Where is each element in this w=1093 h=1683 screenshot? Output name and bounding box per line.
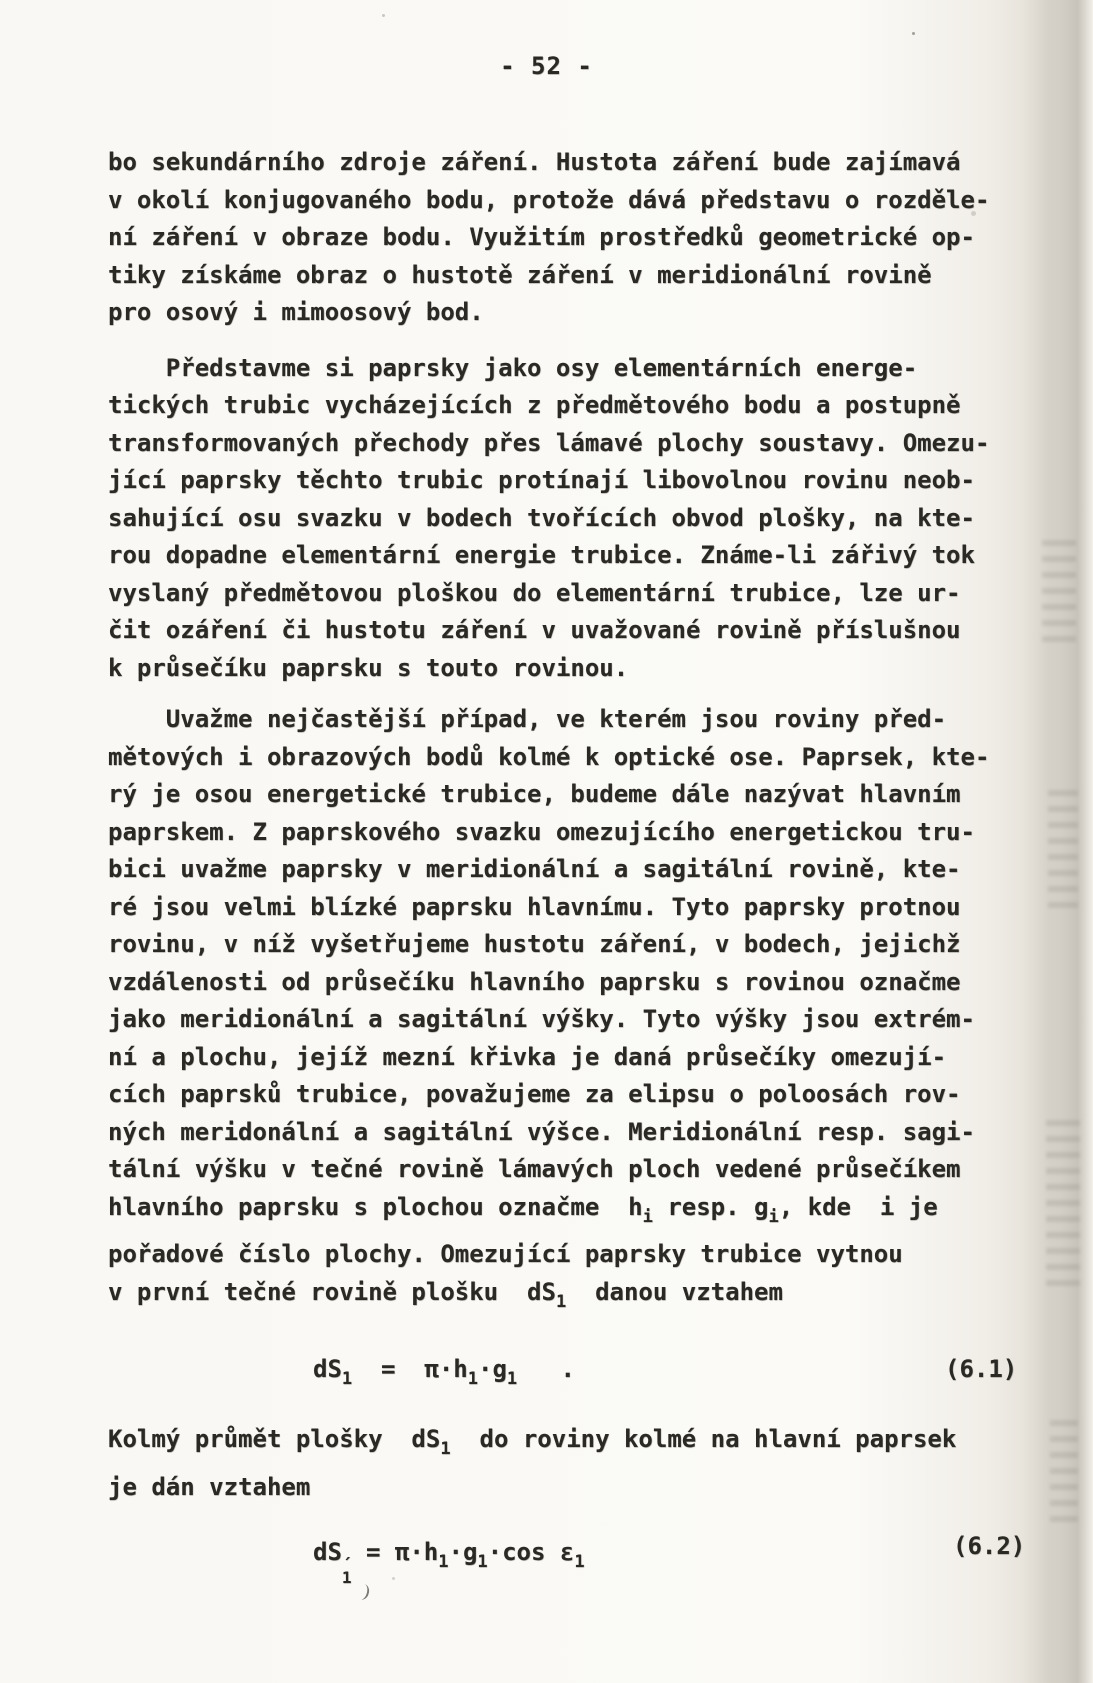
text-line: ných meridonální a sagitální výšce. Meri…: [108, 1114, 980, 1152]
text-line: cích paprsků trubice, považujeme za elip…: [108, 1076, 980, 1114]
text-line: Představme si paprsky jako osy elementár…: [108, 350, 980, 388]
equation-6-1: dS1 = π·h1·g1 . (6.1): [108, 1351, 980, 1389]
text-line: ní a plochu, jejíž mezní křivka je daná …: [108, 1039, 980, 1077]
text-line: v okolí konjugovaného bodu, protože dává…: [108, 182, 980, 220]
bleed-through-artifact: [1046, 1120, 1080, 1290]
paragraph-2: Představme si paprsky jako osy elementár…: [108, 350, 980, 688]
scanned-page: - 52 - bo sekundárního zdroje záření. Hu…: [0, 0, 1093, 1683]
text-line: rý je osou energetické trubice, budeme d…: [108, 776, 980, 814]
page-edge-shadow: [1023, 0, 1093, 1683]
text-line: Kolmý průmět plošky dS1 do roviny kolmé …: [108, 1421, 980, 1469]
text-line: jící paprsky těchto trubic protínají lib…: [108, 462, 980, 500]
paragraph-1: bo sekundárního zdroje záření. Hustota z…: [108, 144, 980, 332]
text-line: k průsečíku paprsku s touto rovinou.: [108, 650, 980, 688]
text-line: transformovaných přechody přes lámavé pl…: [108, 425, 980, 463]
text-line: v první tečné rovině plošku dS1 danou vz…: [108, 1274, 980, 1322]
text-line: ré jsou velmi blízké paprsku hlavnímu. T…: [108, 889, 980, 927]
text-line: vzdálenosti od průsečíku hlavního paprsk…: [108, 964, 980, 1002]
text-line: rovinu, v níž vyšetřujeme hustotu záření…: [108, 926, 980, 964]
text-line: je dán vztahem: [108, 1469, 980, 1507]
text-line: Uvažme nejčastější případ, ve kterém jso…: [108, 701, 980, 739]
text-line: pro osový i mimoosový bod.: [108, 294, 980, 332]
text-line: bo sekundárního zdroje záření. Hustota z…: [108, 144, 980, 182]
bleed-through-artifact: [1048, 790, 1078, 910]
equation-6-1-number: (6.1): [945, 1351, 1017, 1389]
text-line: mětových i obrazových bodů kolmé k optic…: [108, 739, 980, 777]
scan-specks: [912, 32, 915, 35]
text-line: sahující osu svazku v bodech tvořících o…: [108, 500, 980, 538]
text-line: hlavního paprsku s plochou označme hi re…: [108, 1189, 980, 1237]
text-line: tických trubic vycházejících z předmětov…: [108, 387, 980, 425]
paragraph-3: Uvažme nejčastější případ, ve kterém jso…: [108, 701, 980, 1321]
paragraph-4: Kolmý průmět plošky dS1 do roviny kolmé …: [108, 1421, 980, 1506]
text-line: pořadové číslo plochy. Omezující paprsky…: [108, 1236, 980, 1274]
text-line: čit ozáření či hustotu záření v uvažovan…: [108, 612, 980, 650]
bleed-through-artifact: [1050, 1420, 1078, 1530]
text-line: tiky získáme obraz o hustotě záření v me…: [108, 257, 980, 295]
text-line: paprskem. Z paprskového svazku omezující…: [108, 814, 980, 852]
text-line: tální výšku v tečné rovině lámavých ploc…: [108, 1151, 980, 1189]
bleed-through-artifact: [1042, 540, 1076, 650]
text-line: jako meridionální a sagitální výšky. Tyt…: [108, 1001, 980, 1039]
text-line: rou dopadne elementární energie trubice.…: [108, 537, 980, 575]
page-body: bo sekundárního zdroje záření. Hustota z…: [108, 144, 980, 1604]
page-number: - 52 -: [0, 52, 1093, 80]
text-line: bici uvažme paprsky v meridionální a sag…: [108, 851, 980, 889]
equation-6-2-body: dS´1 = π·h1·g1·cos ε1: [313, 1534, 585, 1584]
equation-6-2: dS´1 = π·h1·g1·cos ε1 (6.2): [108, 1534, 980, 1572]
equation-6-2-number: (6.2): [953, 1528, 1025, 1566]
equation-6-1-body: dS1 = π·h1·g1 .: [313, 1351, 575, 1399]
text-line: ní záření v obraze bodu. Využitím prostř…: [108, 219, 980, 257]
text-line: vyslaný předmětovou ploškou do elementár…: [108, 575, 980, 613]
